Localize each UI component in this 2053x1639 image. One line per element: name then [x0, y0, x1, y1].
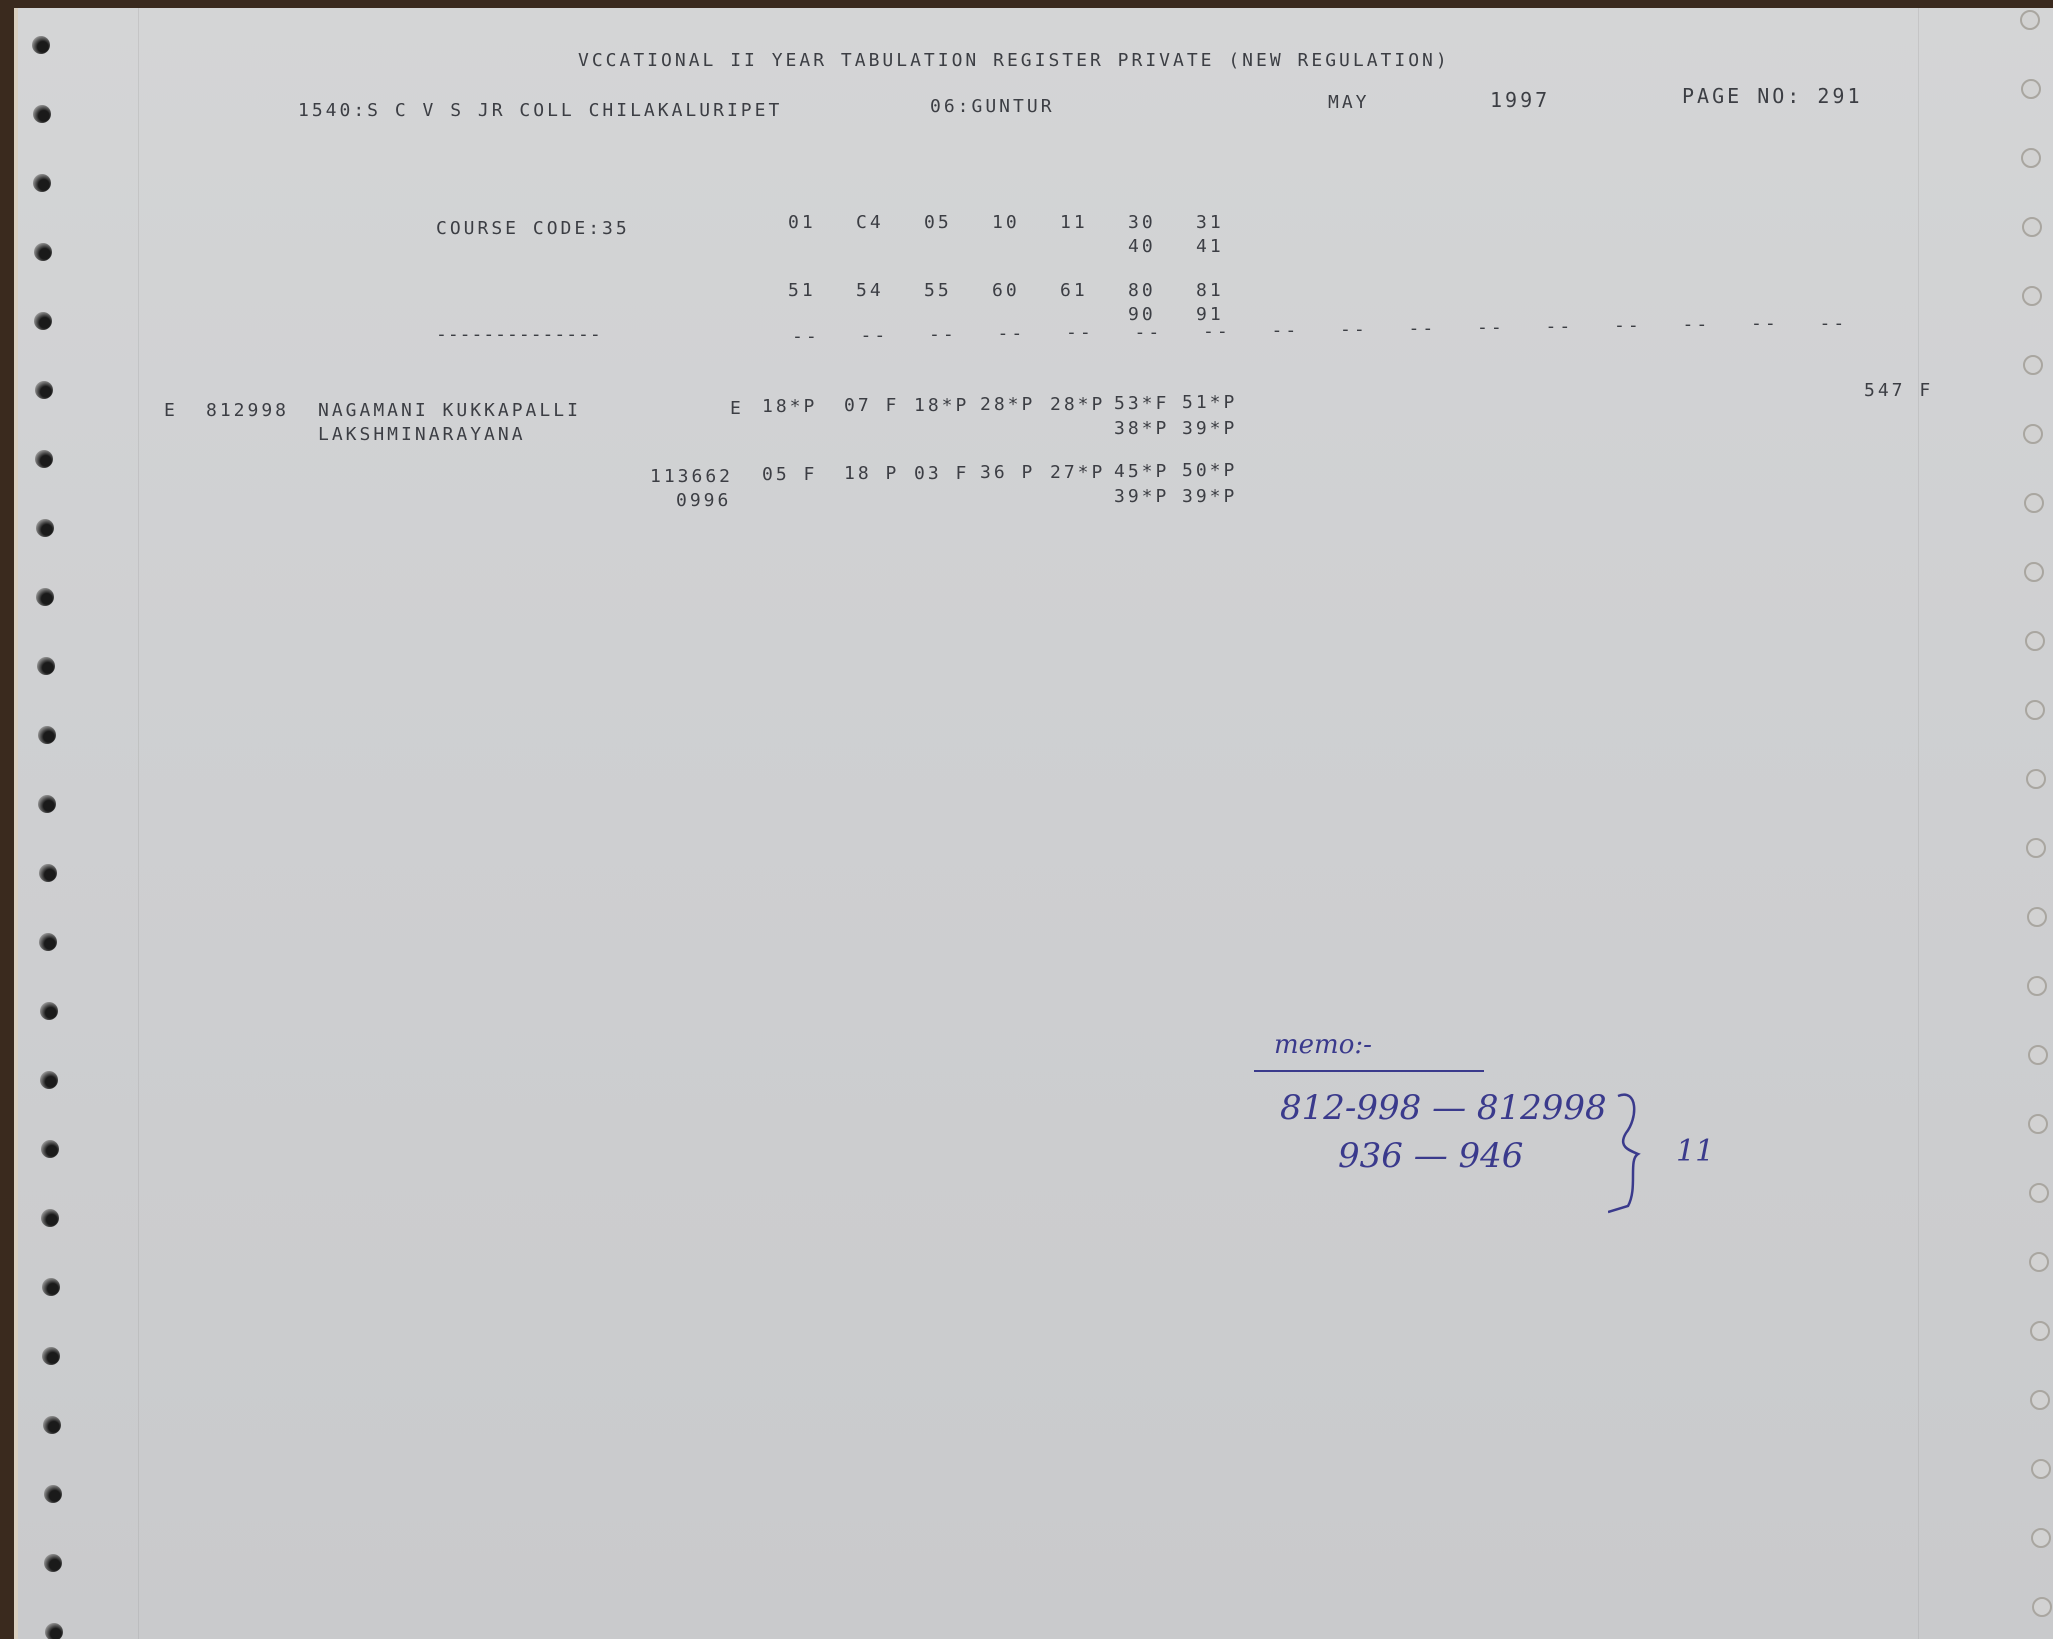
subject-code: 61 — [1060, 280, 1088, 301]
dash-separator: -- — [1409, 318, 1437, 339]
punch-hole-icon — [34, 312, 52, 330]
punch-hole-icon — [2028, 1045, 2048, 1065]
subject-mark: 39*P — [1182, 418, 1237, 439]
subject-code: 30 — [1128, 212, 1156, 233]
hall-ticket-number: 812998 — [206, 400, 289, 421]
punch-hole-icon — [32, 36, 50, 54]
punch-hole-icon — [33, 174, 51, 192]
punch-hole-icon — [2022, 217, 2042, 237]
punch-hole-icon — [2030, 1390, 2050, 1410]
subject-mark: 27*P — [1050, 462, 1105, 483]
punch-hole-icon — [38, 726, 56, 744]
subject-code: 51 — [788, 280, 816, 301]
handwritten-line-1: 812-998 — 812998 — [1280, 1088, 1607, 1128]
punch-hole-icon — [42, 1278, 60, 1296]
punch-hole-icon — [2023, 424, 2043, 444]
subject-code: 01 — [788, 212, 816, 233]
subject-code: 10 — [992, 212, 1020, 233]
punch-hole-icon — [2024, 493, 2044, 513]
subject-mark: 39*P — [1182, 486, 1237, 507]
header-underline: -------------- — [436, 324, 602, 345]
handwritten-heading: memo:- — [1274, 1030, 1372, 1060]
punch-hole-icon — [2026, 769, 2046, 789]
punch-hole-icon — [35, 450, 53, 468]
dash-separator: -- — [1340, 319, 1368, 340]
punch-hole-icon — [36, 519, 54, 537]
register-title: VCCATIONAL II YEAR TABULATION REGISTER P… — [578, 50, 1450, 71]
subject-mark: 38*P — [1114, 418, 1169, 439]
dash-separator: -- — [1820, 313, 1848, 334]
punch-hole-icon — [39, 933, 57, 951]
subject-mark: 50*P — [1182, 460, 1237, 481]
punch-hole-icon — [2032, 1597, 2052, 1617]
subject-mark: 18*P — [762, 396, 817, 417]
dash-separator: -- — [861, 325, 889, 346]
dash-separator: -- — [1066, 322, 1094, 343]
punch-hole-icon — [2031, 1459, 2051, 1479]
candidate-father-name: LAKSHMINARAYANA — [318, 424, 526, 445]
subject-mark: 07 F — [844, 395, 899, 416]
punch-hole-icon — [2021, 148, 2041, 168]
dash-separator: -- — [1614, 315, 1642, 336]
subject-mark: 53*F — [1114, 393, 1169, 414]
subject-mark: 45*P — [1114, 461, 1169, 482]
dash-separator: -- — [1477, 317, 1505, 338]
reference-number-suffix: 0996 — [676, 490, 731, 511]
punch-hole-icon — [2030, 1321, 2050, 1341]
punch-hole-icon — [40, 1002, 58, 1020]
handwritten-count: 11 — [1676, 1134, 1714, 1169]
subject-mark: 18 P — [844, 463, 899, 484]
punch-hole-icon — [2022, 286, 2042, 306]
candidate-name: NAGAMANI KUKKAPALLI — [318, 400, 581, 421]
page-number: PAGE NO: 291 — [1682, 84, 1863, 108]
punch-hole-icon — [44, 1485, 62, 1503]
dash-separator: -- — [1683, 314, 1711, 335]
subject-code: 11 — [1060, 212, 1088, 233]
subject-mark: 05 F — [762, 464, 817, 485]
reference-number: 113662 — [650, 466, 733, 487]
subject-mark: 36 P — [980, 462, 1035, 483]
subject-code: 60 — [992, 280, 1020, 301]
guide-line — [138, 8, 139, 1639]
punch-hole-icon — [41, 1209, 59, 1227]
subject-code: 80 — [1128, 280, 1156, 301]
exam-year: 1997 — [1490, 88, 1550, 112]
punch-hole-icon — [2024, 562, 2044, 582]
subject-mark: 28*P — [980, 394, 1035, 415]
subject-code: 81 — [1196, 280, 1224, 301]
punch-hole-icon — [2026, 838, 2046, 858]
total-result: 547 F — [1864, 380, 1933, 401]
dash-separator: -- — [1751, 313, 1779, 334]
punch-hole-icon — [2027, 907, 2047, 927]
punch-hole-icon — [36, 588, 54, 606]
tabulation-sheet: VCCATIONAL II YEAR TABULATION REGISTER P… — [14, 8, 2053, 1639]
medium-code: E — [164, 400, 178, 421]
punch-hole-icon — [37, 657, 55, 675]
dash-separator: -- — [998, 323, 1026, 344]
punch-hole-icon — [2025, 700, 2045, 720]
punch-hole-icon — [40, 1071, 58, 1089]
punch-hole-icon — [2021, 79, 2041, 99]
subject-code: 05 — [924, 212, 952, 233]
punch-hole-icon — [33, 105, 51, 123]
subject-mark: 28*P — [1050, 394, 1105, 415]
punch-hole-icon — [2027, 976, 2047, 996]
subject-code: 41 — [1196, 236, 1224, 257]
punch-hole-icon — [39, 864, 57, 882]
punch-hole-icon — [2023, 355, 2043, 375]
subject-code: C4 — [856, 212, 884, 233]
subject-code: 40 — [1128, 236, 1156, 257]
subject-code: 54 — [856, 280, 884, 301]
punch-hole-icon — [43, 1416, 61, 1434]
punch-hole-icon — [2020, 10, 2040, 30]
punch-hole-icon — [44, 1554, 62, 1572]
course-code: COURSE CODE:35 — [436, 218, 630, 239]
dash-separator: -- — [1203, 321, 1231, 342]
exam-month: MAY — [1328, 92, 1370, 113]
subject-code: 31 — [1196, 212, 1224, 233]
guide-line — [1918, 8, 1919, 1639]
handwritten-underline — [1254, 1070, 1484, 1072]
district: 06:GUNTUR — [930, 96, 1055, 117]
punch-hole-icon — [2031, 1528, 2051, 1548]
college-name: 1540:S C V S JR COLL CHILAKALURIPET — [298, 100, 782, 121]
punch-hole-icon — [2029, 1183, 2049, 1203]
dash-separator: -- — [1546, 316, 1574, 337]
dash-separator: -- — [1272, 320, 1300, 341]
punch-hole-icon — [38, 795, 56, 813]
punch-hole-icon — [35, 381, 53, 399]
curly-brace-icon — [1608, 1088, 1668, 1218]
subject-mark: 51*P — [1182, 392, 1237, 413]
dash-separator: -- — [1135, 322, 1163, 343]
punch-hole-icon — [2029, 1252, 2049, 1272]
handwritten-line-2: 936 — 946 — [1338, 1136, 1523, 1176]
punch-hole-icon — [42, 1347, 60, 1365]
punch-hole-icon — [2025, 631, 2045, 651]
subject-code: 55 — [924, 280, 952, 301]
punch-hole-icon — [2028, 1114, 2048, 1134]
subject-mark: 39*P — [1114, 486, 1169, 507]
dash-separator: -- — [929, 324, 957, 345]
punch-hole-icon — [45, 1623, 63, 1639]
subject-mark: 03 F — [914, 463, 969, 484]
punch-hole-icon — [41, 1140, 59, 1158]
medium-code-2: E — [730, 398, 744, 419]
subject-mark: 18*P — [914, 395, 969, 416]
dash-separator: -- — [792, 326, 820, 347]
punch-hole-icon — [34, 243, 52, 261]
